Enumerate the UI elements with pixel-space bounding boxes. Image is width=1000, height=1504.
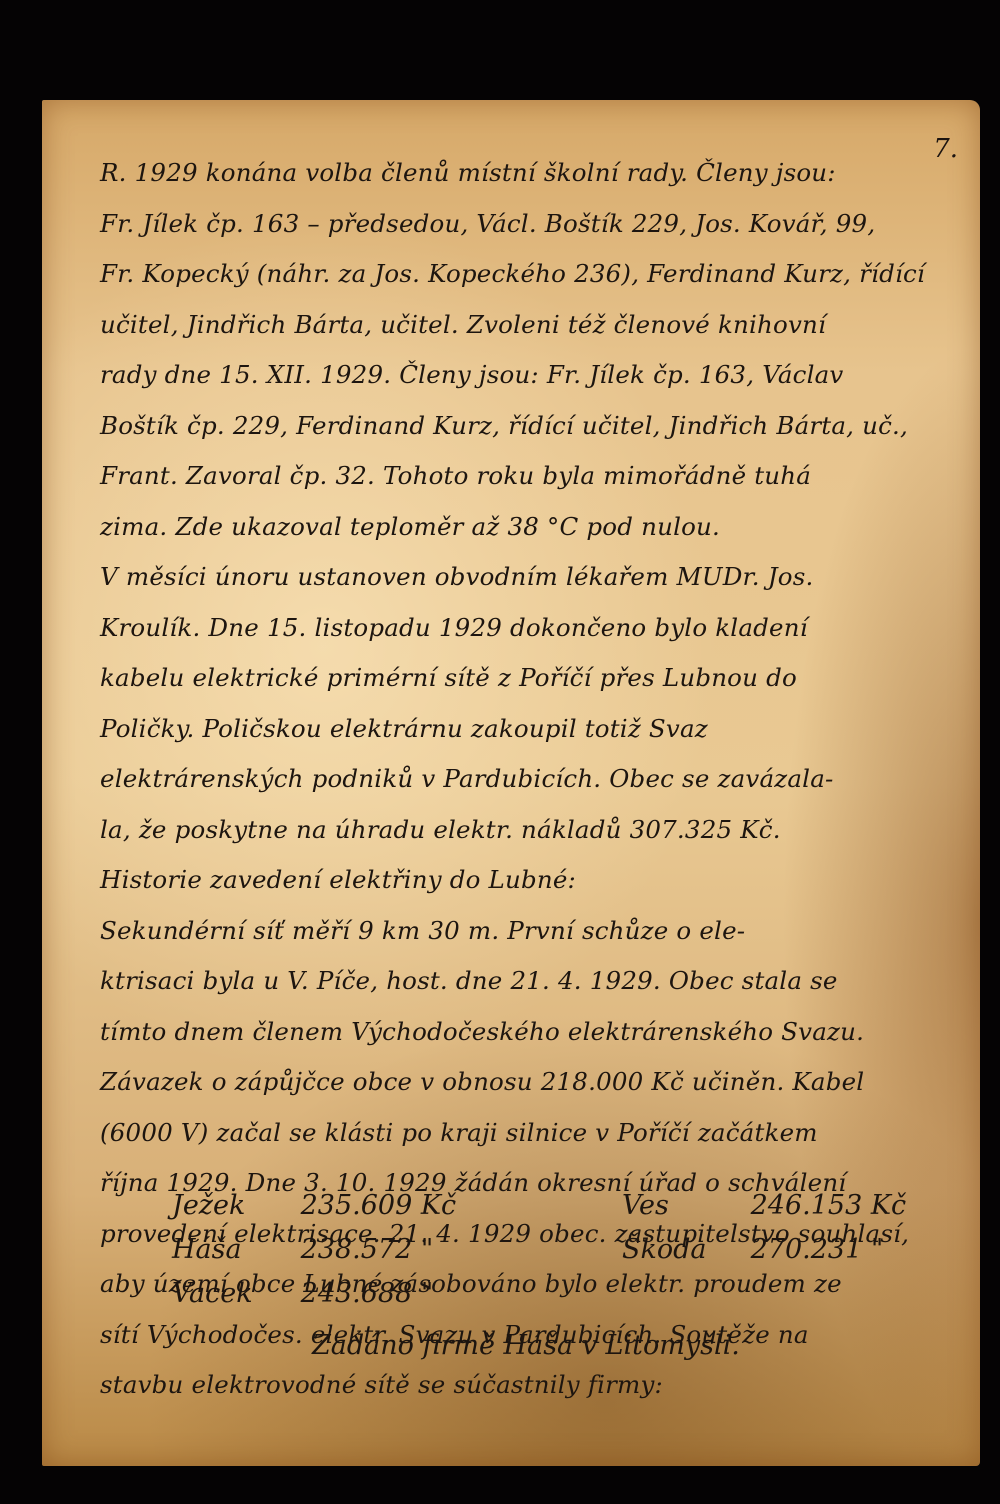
bid-firm: Háša [172,1234,292,1265]
text-line: rady dne 15. XII. 1929. Členy jsou: Fr. … [100,350,960,401]
bid-entry: Škoda 270.231 " [622,1234,883,1265]
text-line: zima. Zde ukazoval teploměr až 38 °C pod… [100,502,960,553]
bid-amount: 270.231 " [751,1234,884,1265]
bid-firm: Ježek [172,1190,292,1221]
text-line: kabelu elektrické primérní sítě z Poříčí… [100,653,960,704]
text-line: Historie zavedení elektřiny do Lubné: [100,855,960,906]
bid-firm: Vacek [172,1278,292,1309]
bid-entry: Háša 238.572 " [172,1234,433,1265]
text-line: R. 1929 konána volba členů místní školní… [100,148,960,199]
text-line: Sekundérní síť měří 9 km 30 m. První sch… [100,906,960,957]
text-line: elektrárenských podniků v Pardubicích. O… [100,754,960,805]
bid-firm: Ves [622,1190,742,1221]
text-line: Frant. Zavoral čp. 32. Tohoto roku byla … [100,451,960,502]
text-line: Závazek o zápůjčce obce v obnosu 218.000… [100,1057,960,1108]
bid-entry: Vacek 243.688 " [172,1278,433,1309]
text-line: učitel, Jindřich Bárta, učitel. Zvoleni … [100,300,960,351]
bid-amount: 235.609 Kč [301,1190,457,1221]
bid-entry: Ves 246.153 Kč [622,1190,906,1221]
text-line: (6000 V) začal se klásti po kraji silnic… [100,1108,960,1159]
bid-firm: Škoda [622,1234,742,1265]
text-line: Fr. Kopecký (náhr. za Jos. Kopeckého 236… [100,249,960,300]
text-line: stavbu elektrovodné sítě se súčastnily f… [100,1360,960,1411]
text-line: Fr. Jílek čp. 163 – předsedou, Václ. Boš… [100,199,960,250]
award-note: Zadáno firmě Háša v Litomyšli. [312,1330,740,1361]
handwritten-text: R. 1929 konána volba členů místní školní… [100,148,960,1411]
text-line: V měsíci únoru ustanoven obvodním lékaře… [100,552,960,603]
text-line: Boštík čp. 229, Ferdinand Kurz, řídící u… [100,401,960,452]
bid-amount: 243.688 " [301,1278,434,1309]
text-line: tímto dnem členem Východočeského elektrá… [100,1007,960,1058]
text-line: la, že poskytne na úhradu elektr. náklad… [100,805,960,856]
text-line: Poličky. Poličskou elektrárnu zakoupil t… [100,704,960,755]
bid-entry: Ježek 235.609 Kč [172,1190,456,1221]
bid-amount: 246.153 Kč [751,1190,907,1221]
text-line: Kroulík. Dne 15. listopadu 1929 dokončen… [100,603,960,654]
handwritten-page: 7. R. 1929 konána volba členů místní ško… [42,100,980,1466]
bid-amount: 238.572 " [301,1234,434,1265]
text-line: ktrisaci byla u V. Píče, host. dne 21. 4… [100,956,960,1007]
